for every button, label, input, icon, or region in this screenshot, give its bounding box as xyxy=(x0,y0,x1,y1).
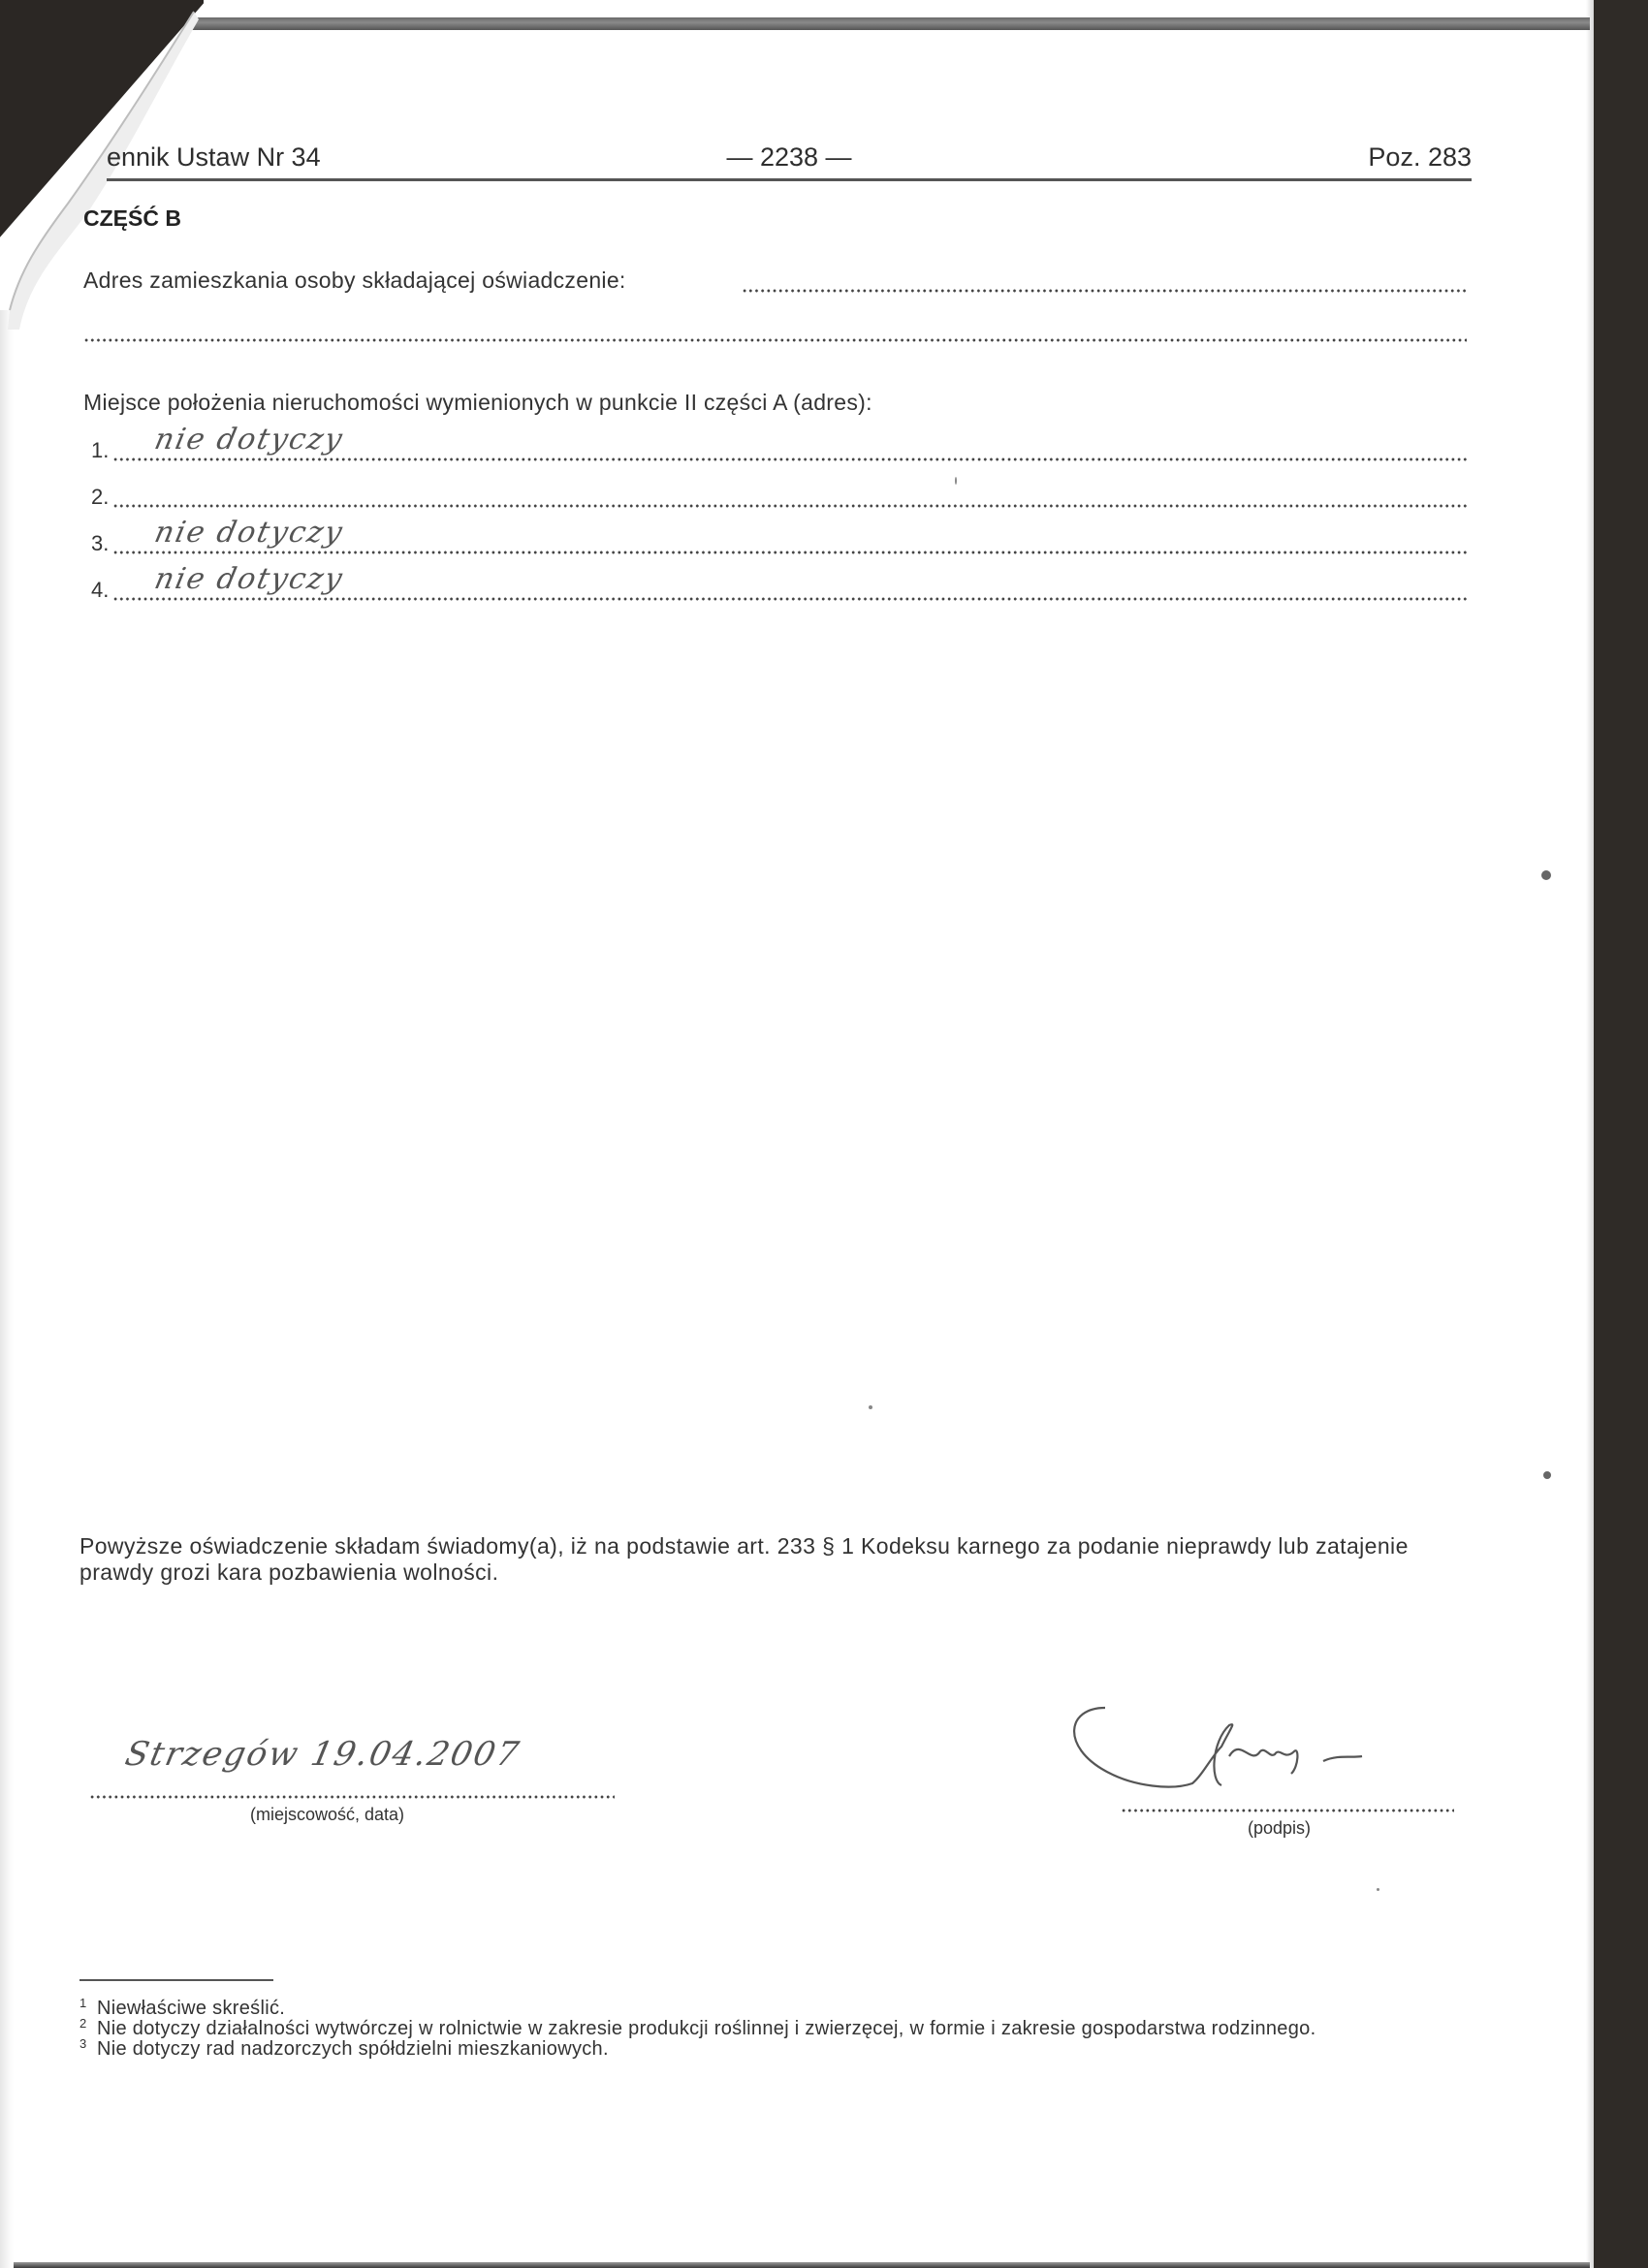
footnote-text: Nie dotyczy działalności wytwórczej w ro… xyxy=(97,2018,1315,2039)
entry-number: 3. xyxy=(91,531,109,556)
legal-statement: Powyższe oświadczenie składam świadomy(a… xyxy=(79,1533,1475,1586)
entry-field[interactable] xyxy=(112,551,1467,554)
footnote-marker: 3 xyxy=(79,2033,87,2054)
page-number: — 2238 — xyxy=(107,142,1472,173)
footnotes: 1 Niewłaściwe skreślić. 2 Nie dotyczy dz… xyxy=(79,1999,1475,2060)
entry-number: 1. xyxy=(91,438,109,463)
footnote: 2 Nie dotyczy działalności wytwórczej w … xyxy=(79,2019,1475,2039)
position-number: Poz. 283 xyxy=(1368,142,1472,173)
entry-number: 2. xyxy=(91,485,109,510)
place-date-field[interactable] xyxy=(89,1795,615,1799)
footnote-marker: 1 xyxy=(79,1993,87,2013)
entry-number: 4. xyxy=(91,578,109,603)
scan-top-edge xyxy=(184,17,1590,30)
footnote-marker: 2 xyxy=(79,2013,87,2033)
property-location-label: Miejsce położenia nieruchomości wymienio… xyxy=(83,390,872,416)
scan-bottom-edge xyxy=(0,2262,1590,2268)
footnote-text: Nie dotyczy rad nadzorczych spółdzielni … xyxy=(97,2038,609,2060)
address-field-line-1[interactable] xyxy=(742,289,1467,293)
address-label: Adres zamieszkania osoby składającej ośw… xyxy=(83,268,626,294)
footnote: 1 Niewłaściwe skreślić. xyxy=(79,1999,1475,2019)
page-header: ennik Ustaw Nr 34 — 2238 — Poz. 283 xyxy=(107,136,1472,181)
handwritten-entry: nie dotyczy xyxy=(151,516,346,550)
entry-field[interactable] xyxy=(112,504,1467,508)
address-field-line-2[interactable] xyxy=(83,338,1467,342)
section-title: CZĘŚĆ B xyxy=(83,205,181,232)
signature-caption: (podpis) xyxy=(1248,1818,1311,1839)
handwritten-signature xyxy=(1066,1698,1386,1805)
scan-speck xyxy=(955,477,957,485)
handwritten-place-date: Strzegów 19.04.2007 xyxy=(122,1735,524,1774)
scan-mark xyxy=(1541,870,1551,880)
scan-mark xyxy=(1543,1471,1551,1479)
handwritten-entry: nie dotyczy xyxy=(151,423,346,457)
place-date-caption: (miejscowość, data) xyxy=(250,1805,404,1825)
entry-field[interactable] xyxy=(112,597,1467,601)
signature-field[interactable] xyxy=(1121,1809,1454,1812)
scan-speck xyxy=(869,1405,872,1409)
scan-speck xyxy=(1377,1888,1379,1891)
footnote-divider xyxy=(79,1979,273,1981)
entry-field[interactable] xyxy=(112,457,1467,461)
handwritten-entry: nie dotyczy xyxy=(151,562,346,596)
page-left-edge xyxy=(0,310,14,2268)
footnote-text: Niewłaściwe skreślić. xyxy=(97,1998,285,2019)
footnote: 3 Nie dotyczy rad nadzorczych spółdzieln… xyxy=(79,2039,1475,2060)
scanner-background-right xyxy=(1590,0,1648,2268)
